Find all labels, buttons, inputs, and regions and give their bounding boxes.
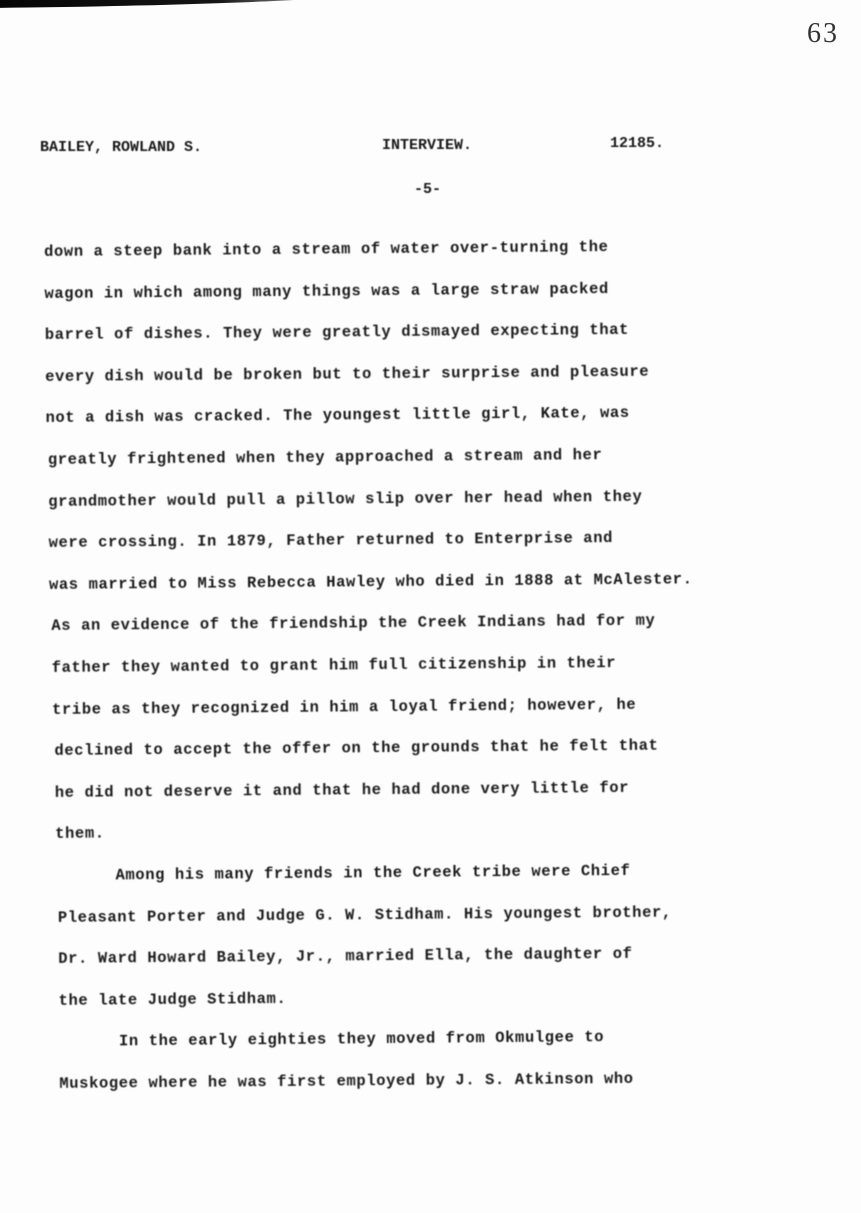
text-line: Muskogee where he was first employed by …: [59, 1067, 811, 1115]
text-line: greatly frightened when they approached …: [48, 443, 806, 491]
text-line: every dish would be broken but to their …: [45, 360, 805, 408]
text-line: tribe as they recognized in him a loyal …: [52, 693, 808, 741]
text-line: barrel of dishes. They were greatly dism…: [45, 319, 805, 367]
text-line: the late Judge Stidham.: [59, 984, 811, 1032]
document-header: BAILEY, ROWLAND S. INTERVIEW. 12185.: [40, 139, 740, 163]
document-type: INTERVIEW.: [382, 137, 472, 154]
text-line: Pleasant Porter and Judge G. W. Stidham.…: [58, 901, 810, 949]
text-line: he did not deserve it and that he had do…: [55, 776, 809, 824]
text-line: them.: [55, 818, 809, 866]
text-line: declined to accept the offer on the grou…: [54, 734, 808, 782]
page-marker: -5-: [414, 181, 441, 198]
text-line: down a steep bank into a stream of water…: [44, 235, 804, 283]
document-id: 12185.: [610, 135, 664, 152]
scan-edge-shadow: [0, 0, 370, 8]
text-line-paragraph-start: In the early eighties they moved from Ok…: [59, 1026, 811, 1074]
text-line: not a dish was cracked. The youngest lit…: [45, 402, 805, 450]
interviewee-name: BAILEY, ROWLAND S.: [40, 139, 202, 156]
text-line-paragraph-start: Among his many friends in the Creek trib…: [55, 859, 809, 907]
text-line: were crossing. In 1879, Father returned …: [49, 527, 807, 575]
text-line: grandmother would pull a pillow slip ove…: [48, 485, 806, 533]
document-body: down a steep bank into a stream of water…: [44, 235, 812, 1115]
text-line: was married to Miss Rebecca Hawley who d…: [49, 568, 807, 616]
text-line: Dr. Ward Howard Bailey, Jr., married Ell…: [58, 942, 810, 990]
page-number: 63: [807, 18, 839, 50]
text-line: father they wanted to grant him full cit…: [52, 651, 808, 699]
text-line: As an evidence of the friendship the Cre…: [51, 610, 807, 658]
text-line: wagon in which among many things was a l…: [44, 277, 804, 325]
